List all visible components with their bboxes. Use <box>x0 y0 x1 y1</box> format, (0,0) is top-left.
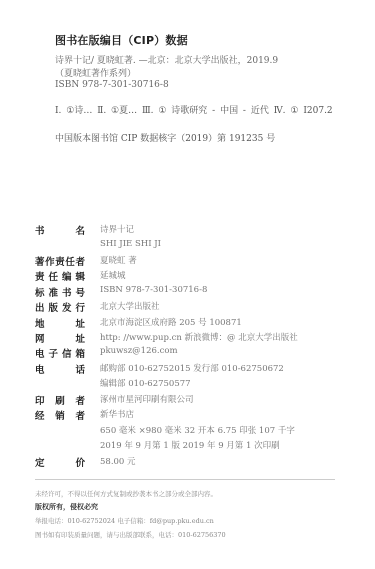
record-label: 标准书号 <box>35 285 85 299</box>
record-row: 定价58.00 元 <box>35 455 345 470</box>
footer-report: 举报电话：010-62752024 电子信箱：fd@pup.pku.edu.cn <box>35 516 214 525</box>
record-label: 地址 <box>35 316 85 330</box>
record-label-char: 价 <box>75 455 85 469</box>
record-value: ISBN 978-7-301-30716-8 <box>100 285 207 295</box>
record-label-char: 刷 <box>55 393 65 407</box>
record-value: 北京市海淀区成府路 205 号 100871 <box>100 316 242 328</box>
record-row: 经销者新华书店 <box>35 408 345 423</box>
record-label-char: 址 <box>75 331 85 345</box>
record-label-char: 任 <box>65 254 75 268</box>
footer-notice: 未经许可，不得以任何方式复制或抄袭本书之部分或全部内容。 <box>35 489 217 498</box>
record-label-char: 发 <box>62 300 72 314</box>
record-label: 网址 <box>35 331 85 345</box>
record-label-char: 出 <box>35 300 45 314</box>
record-value: 北京大学出版社 <box>100 300 160 312</box>
record-value: 编辑部 010-62750577 <box>100 377 191 389</box>
record-label-char: 话 <box>75 362 85 376</box>
record-row: 印刷者涿州市星河印刷有限公司 <box>35 393 345 408</box>
record-value: SHI JIE SHI JI <box>100 239 161 249</box>
record-label-char: 定 <box>35 455 45 469</box>
record-label-char: 信 <box>62 346 72 360</box>
record-row: 2019 年 9 月第 1 版 2019 年 9 月第 1 次印刷 <box>35 439 345 454</box>
record-row: 出版发行北京大学出版社 <box>35 300 345 315</box>
copyright-page: 图书在版编目（CIP）数据 诗界十记/ 夏晓虹著. —北京：北京大学出版社，20… <box>0 0 375 569</box>
record-label-char: 名 <box>75 223 85 237</box>
record-label-char: 网 <box>35 331 45 345</box>
record-value: http: //www.pup.cn 新浪微博：@ 北京大学出版社 <box>100 331 298 343</box>
record-label: 经销者 <box>35 408 85 422</box>
record-row: 书名诗界十记 <box>35 223 345 238</box>
record-label-char: 作 <box>45 254 55 268</box>
footer-rights: 版权所有，侵权必究 <box>35 502 98 512</box>
record-label-char: 销 <box>55 408 65 422</box>
record-label-char: 责 <box>55 254 65 268</box>
record-label-char: 址 <box>75 316 85 330</box>
record-label: 责任编辑 <box>35 269 85 283</box>
record-label-char: 任 <box>48 269 58 283</box>
record-label: 印刷者 <box>35 393 85 407</box>
record-row: 电话邮购部 010-62752015 发行部 010-62750672 <box>35 362 345 377</box>
record-label: 定价 <box>35 455 85 469</box>
record-label-char: 书 <box>62 285 72 299</box>
record-label-char: 者 <box>75 408 85 422</box>
record-label-char: 版 <box>48 300 58 314</box>
record-label-char: 者 <box>75 254 85 268</box>
record-label-char: 印 <box>35 393 45 407</box>
record-label-char: 编 <box>62 269 72 283</box>
record-value: 诗界十记 <box>100 223 134 235</box>
record-label: 电话 <box>35 362 85 376</box>
record-row: 地址北京市海淀区成府路 205 号 100871 <box>35 316 345 331</box>
record-row: 著作责任者夏晓虹 著 <box>35 254 345 269</box>
record-label-char: 电 <box>35 362 45 376</box>
record-label-char: 责 <box>35 269 45 283</box>
record-label-char: 者 <box>75 393 85 407</box>
record-label-char: 书 <box>35 223 45 237</box>
record-value: 邮购部 010-62752015 发行部 010-62750672 <box>100 362 284 374</box>
record-label-char: 标 <box>35 285 45 299</box>
record-label-char: 准 <box>48 285 58 299</box>
record-value: 新华书店 <box>100 408 134 420</box>
record-label-char: 行 <box>75 300 85 314</box>
record-row: 责任编辑延城城 <box>35 269 345 284</box>
record-row: 标准书号ISBN 978-7-301-30716-8 <box>35 285 345 300</box>
record-value: 58.00 元 <box>100 455 136 467</box>
record-label-char: 经 <box>35 408 45 422</box>
record-label: 书名 <box>35 223 85 237</box>
footer-quality: 图书如有印装质量问题，请与出版部联系，电话：010-62756370 <box>35 530 226 539</box>
record-value: 650 毫米 ×980 毫米 32 开本 6.75 印张 107 千字 <box>100 424 295 436</box>
cip-title-line: 诗界十记/ 夏晓虹著. —北京：北京大学出版社，2019.9 <box>55 53 278 66</box>
record-label-char: 电 <box>35 346 45 360</box>
record-label-char: 著 <box>35 254 45 268</box>
cip-classification: Ⅰ. ①诗… Ⅱ. ①夏… Ⅲ. ① 诗歌研究 - 中国 - 近代 Ⅳ. ① I… <box>55 103 333 116</box>
record-value: pkuwsz@126.com <box>100 346 178 356</box>
cip-data-number: 中国版本图书馆 CIP 数据核字（2019）第 191235 号 <box>55 131 275 144</box>
record-label: 著作责任者 <box>35 254 85 268</box>
record-row: 650 毫米 ×980 毫米 32 开本 6.75 印张 107 千字 <box>35 424 345 439</box>
record-label-char: 箱 <box>75 346 85 360</box>
record-value: 夏晓虹 著 <box>100 254 137 266</box>
record-row: 电子信箱pkuwsz@126.com <box>35 346 345 361</box>
record-value: 延城城 <box>100 269 126 281</box>
divider <box>35 479 335 480</box>
record-label-char: 号 <box>75 285 85 299</box>
record-value: 涿州市星河印刷有限公司 <box>100 393 194 405</box>
cip-isbn-line: ISBN 978-7-301-30716-8 <box>55 80 169 90</box>
record-label-char: 辑 <box>75 269 85 283</box>
cip-heading: 图书在版编目（CIP）数据 <box>55 32 188 48</box>
record-value: 2019 年 9 月第 1 版 2019 年 9 月第 1 次印刷 <box>100 439 280 451</box>
record-label-char: 子 <box>48 346 58 360</box>
record-label-char: 地 <box>35 316 45 330</box>
record-row: SHI JIE SHI JI <box>35 239 345 254</box>
record-label: 电子信箱 <box>35 346 85 360</box>
record-label: 出版发行 <box>35 300 85 314</box>
record-row: 编辑部 010-62750577 <box>35 377 345 392</box>
cip-series-line: （夏晓虹著作系列） <box>55 66 136 79</box>
record-row: 网址http: //www.pup.cn 新浪微博：@ 北京大学出版社 <box>35 331 345 346</box>
